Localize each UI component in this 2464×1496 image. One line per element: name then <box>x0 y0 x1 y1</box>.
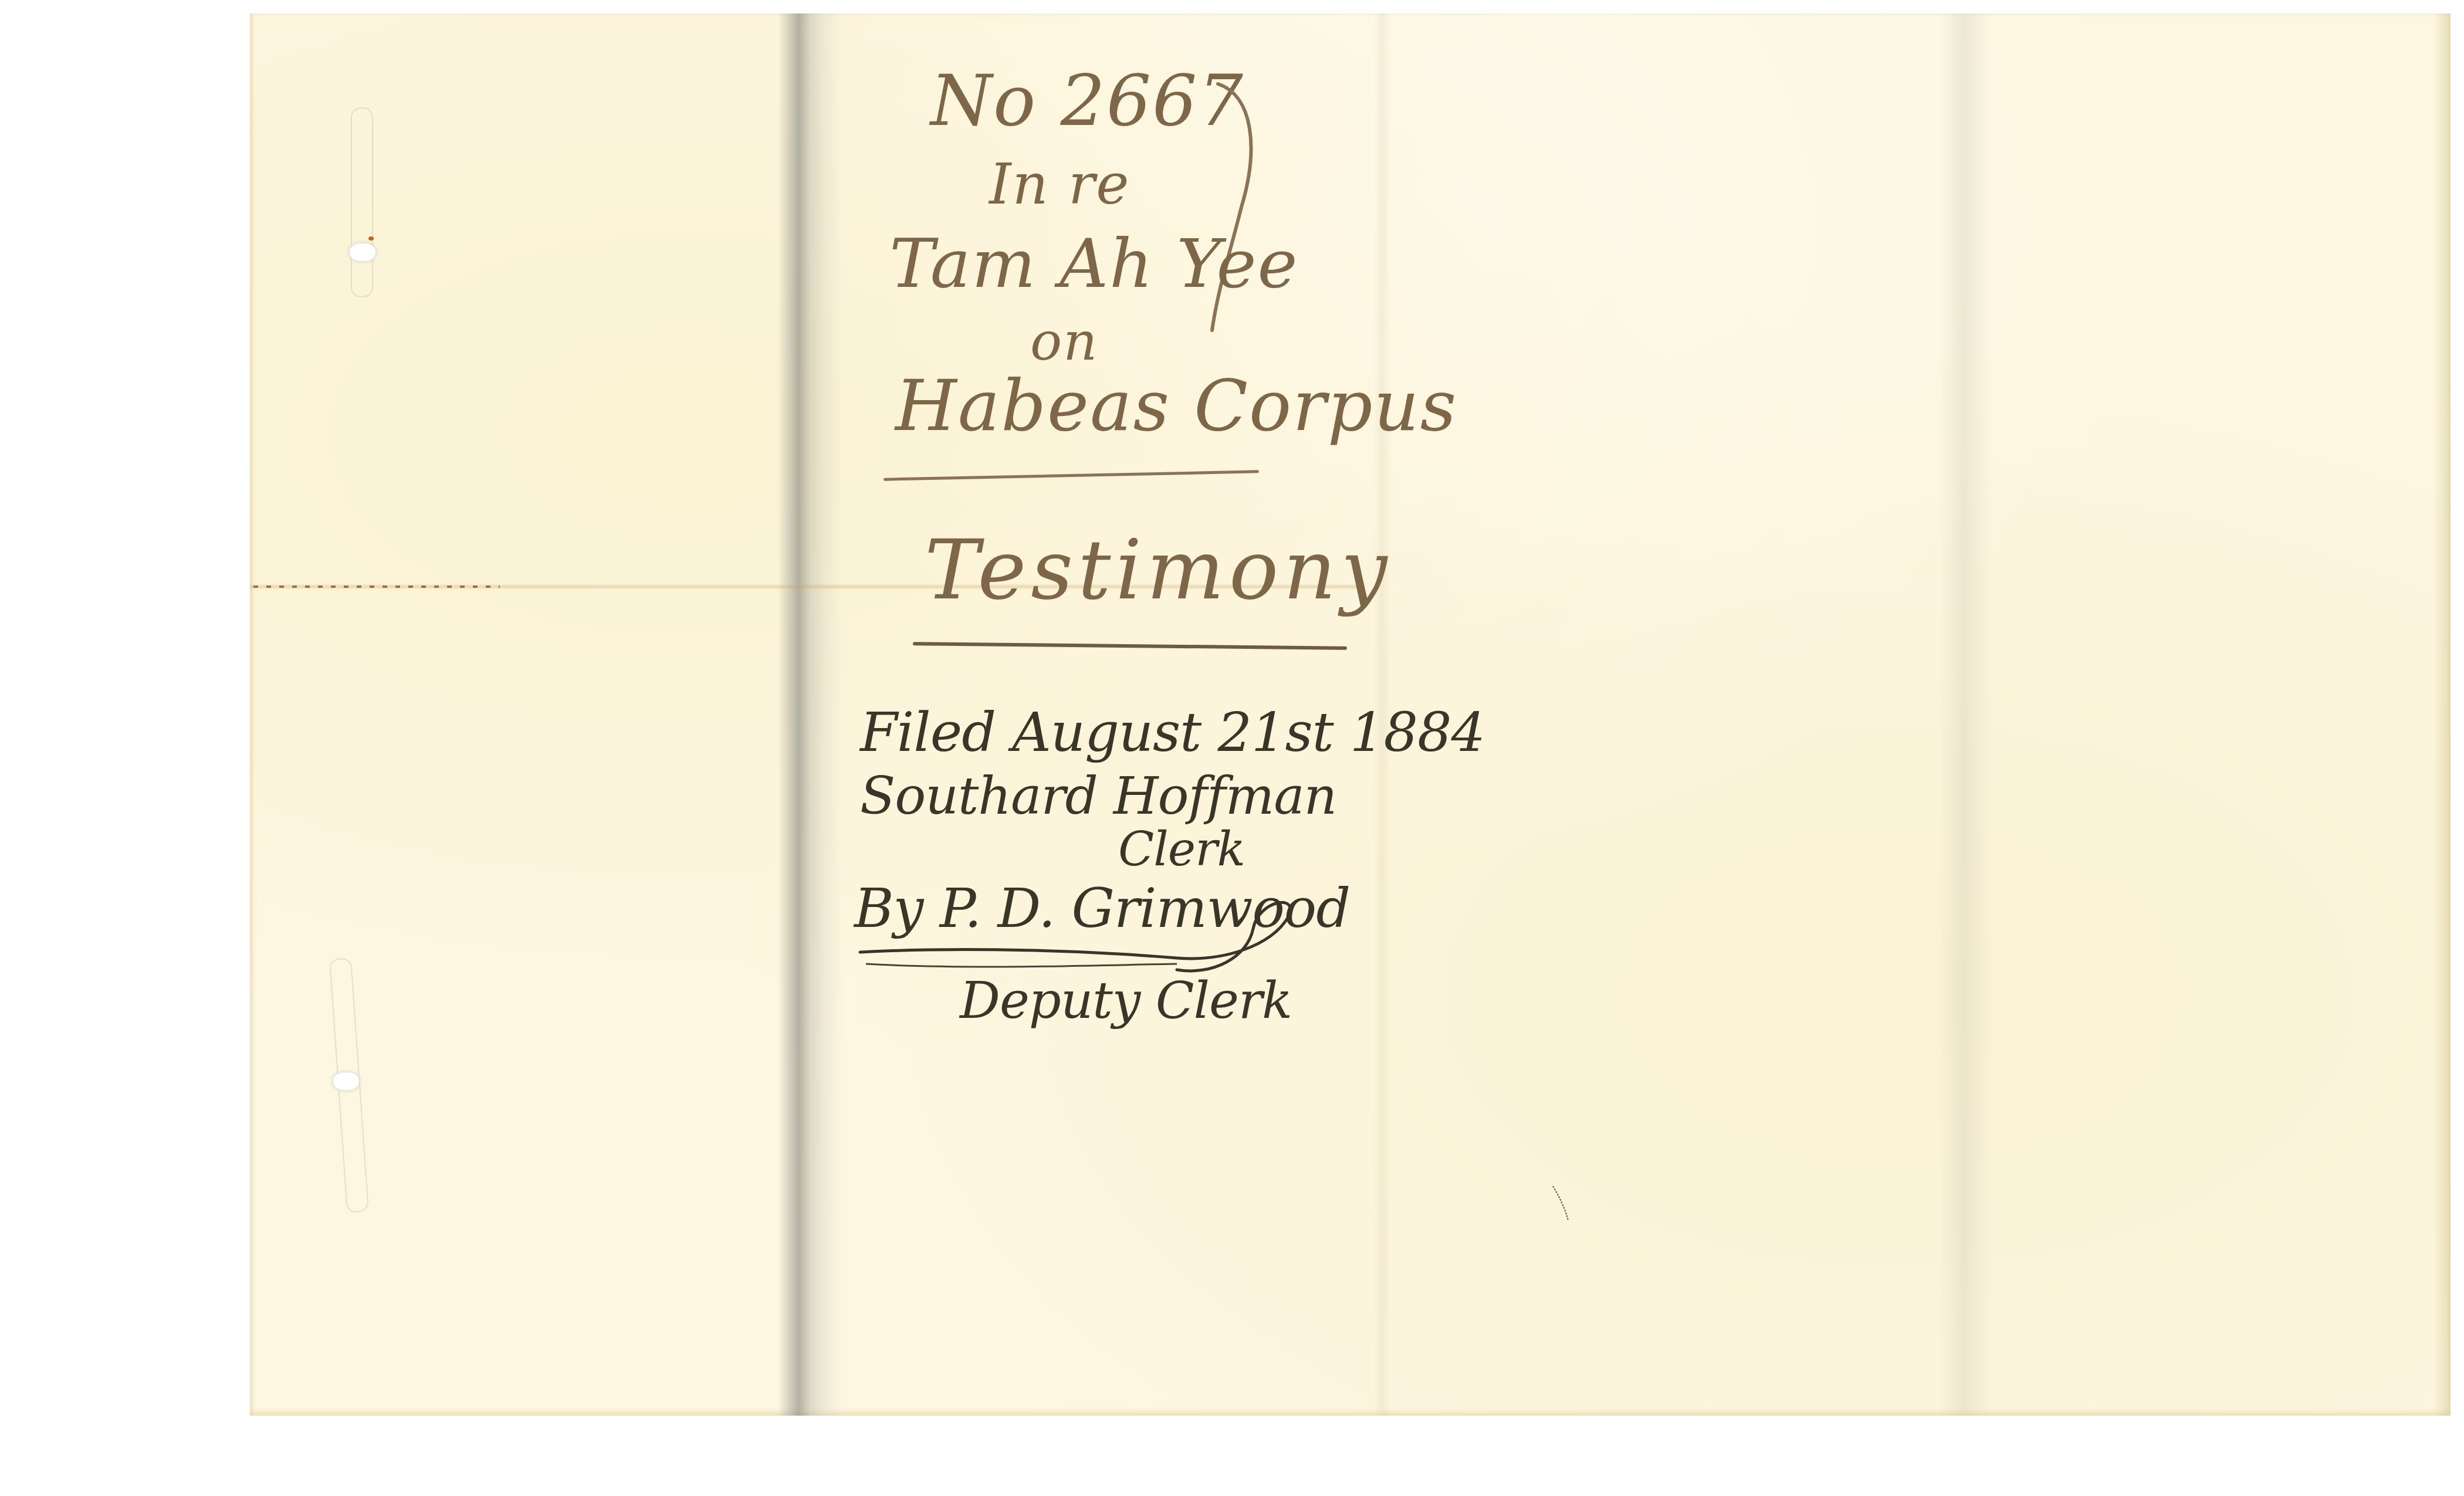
vertical-fold-shadow <box>778 13 842 1416</box>
right-edge-shade <box>2433 13 2451 1416</box>
vertical-fold-right <box>1940 13 1992 1416</box>
pencil-mark <box>1551 1184 1574 1225</box>
fold-specks <box>253 585 500 588</box>
underline-proceeding <box>884 470 1259 480</box>
party-name: Tam Ah Yee <box>889 231 1299 298</box>
on-label: on <box>1030 316 1098 368</box>
punch-slot-top <box>351 107 373 297</box>
underline-title <box>913 642 1347 650</box>
clerk-signature: Southard Hoffman <box>860 770 1336 822</box>
case-number: No 2667 <box>930 66 1244 137</box>
document-title: Testimony <box>925 530 1392 612</box>
deputy-title: Deputy Clerk <box>960 976 1292 1026</box>
clerk-title: Clerk <box>1118 826 1245 873</box>
document-sheet: No 2667 In re Tam Ah Yee on Habeas Corpu… <box>250 13 2451 1416</box>
in-re-label: In re <box>989 157 1131 213</box>
punch-hole-icon <box>350 243 375 261</box>
filed-date: Filed August 21st 1884 <box>860 706 1485 760</box>
punch-hole-icon <box>333 1072 359 1090</box>
proceeding-type: Habeas Corpus <box>895 371 1457 442</box>
rust-stain <box>368 236 374 241</box>
